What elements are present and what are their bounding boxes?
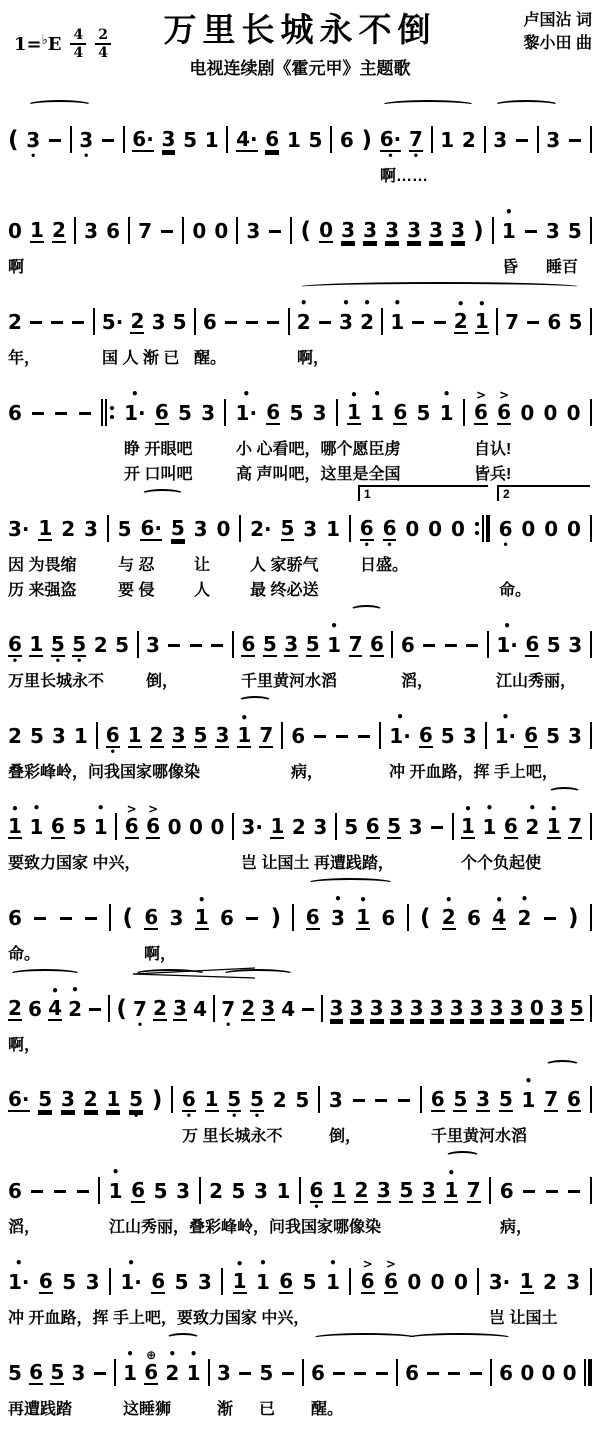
note: 5	[568, 206, 582, 252]
lyric-text: 皆兵!	[474, 461, 511, 484]
note: 6·	[140, 505, 162, 550]
barline	[318, 1073, 320, 1121]
note: >6	[146, 803, 160, 848]
note: 2	[8, 711, 22, 757]
lyrics-row: 命。啊，	[8, 939, 592, 964]
note: 5	[154, 1166, 168, 1212]
note: 2·	[250, 504, 272, 550]
music-system-6: 6•15•5•2536535•1766•1·653万里长城永不倒，千里黄河水滔滔…	[8, 601, 592, 691]
note: •2	[525, 802, 539, 848]
note: 6·•	[380, 116, 402, 161]
note: 4	[281, 984, 295, 1030]
note: 5•	[72, 621, 86, 666]
lyric-text: 再遭践踏	[8, 1396, 72, 1419]
lyric-text: 因 为畏缩	[8, 552, 76, 575]
note: •2	[297, 297, 311, 343]
note: 5•	[51, 621, 65, 666]
lyrics-row: 睁 开眼吧小 心看吧，哪个愿臣虏自认!	[8, 434, 592, 459]
duration-dash	[332, 1348, 346, 1394]
note: 1	[332, 1167, 346, 1212]
repeat-start-barline	[101, 386, 115, 434]
note: 3	[246, 206, 260, 252]
slur-arc	[545, 1060, 580, 1070]
note: 5•	[227, 1076, 241, 1121]
note: 6•	[310, 1167, 324, 1212]
lyrics-row: 啊……	[8, 161, 592, 186]
note: 6	[340, 115, 354, 161]
note: 7•	[133, 984, 147, 1030]
lyric-text: 岂 让国土	[489, 1305, 557, 1328]
duration-dash	[48, 115, 62, 161]
note: •2	[165, 1348, 179, 1394]
note: 6	[265, 116, 279, 161]
octave-dot-above: •	[97, 802, 105, 815]
note: 3	[52, 711, 66, 757]
barline	[330, 113, 332, 161]
barline	[590, 204, 592, 252]
lyric-text: 叠彩峰岭，问我国家哪像染	[8, 759, 200, 782]
octave-dot-above: •	[503, 620, 511, 633]
barline	[336, 386, 338, 434]
note: •1	[347, 389, 361, 434]
barline	[590, 982, 592, 1030]
barline	[199, 1164, 201, 1212]
note: 6•	[499, 504, 513, 550]
note: 3	[313, 388, 327, 434]
note: 6	[131, 1167, 145, 1212]
lyric-text: 啊	[8, 254, 24, 277]
barline	[590, 1073, 592, 1121]
duration-dash	[54, 388, 68, 434]
rest-note: 0	[407, 1257, 421, 1303]
note: 3•	[26, 115, 40, 161]
note-row: •1•165•1>6>60003·1235653•1•16•2•17	[8, 800, 592, 848]
note-row: 25316•12353•176•1·653•1·653	[8, 709, 592, 757]
octave-dot-below: •	[365, 541, 369, 550]
note: 5	[289, 388, 303, 434]
barline	[239, 502, 241, 550]
note: 6	[504, 803, 518, 848]
note-row: 6(63•16)6•3•16(•26•4•2)	[8, 891, 592, 939]
note: 5•	[250, 1076, 264, 1121]
barline	[208, 1346, 210, 1394]
octave-dot-above: •	[242, 388, 250, 401]
barline	[96, 709, 98, 757]
rest-note: 0	[214, 206, 228, 252]
duration-dash	[301, 984, 315, 1030]
note: 6	[405, 1348, 419, 1394]
note: 3	[198, 1257, 212, 1303]
note: 3	[71, 1348, 85, 1394]
lyric-text: 睡百	[546, 254, 578, 277]
note: 6	[151, 1258, 165, 1303]
lyric-text: 江山秀丽，叠彩峰岭，问我国家哪像染	[109, 1214, 381, 1237]
barline	[381, 295, 383, 343]
duration-dash	[31, 388, 45, 434]
barline	[335, 800, 337, 848]
note: 2	[94, 620, 108, 666]
octave-dot-above: •	[393, 297, 401, 310]
note: 7	[349, 621, 363, 666]
duration-dash	[281, 1348, 295, 1394]
octave-dot-below: •	[77, 657, 81, 666]
note: •1	[237, 712, 251, 757]
lyric-text: 醒。	[311, 1396, 343, 1419]
octave-dot-above: •	[15, 1257, 23, 1270]
duration-dash	[101, 115, 115, 161]
note: 6	[366, 803, 380, 848]
note: 3	[546, 115, 560, 161]
note: 3	[329, 1075, 343, 1121]
note: 3	[510, 985, 524, 1030]
note: 2	[150, 712, 164, 757]
duration-dash	[397, 1075, 411, 1121]
lyrics-row: 开 口叫吧高 声叫吧，这里是全国皆兵!	[8, 459, 592, 484]
note: 5	[194, 712, 208, 757]
duration-dash	[50, 297, 64, 343]
lyric-text: 小 心看吧，哪个愿臣虏	[236, 436, 400, 459]
note: 1	[128, 712, 142, 757]
note: 3	[422, 1167, 436, 1212]
lyric-text: 冲 开血路，挥 手上吧，	[389, 759, 558, 782]
note: 5	[259, 1348, 273, 1394]
barline	[396, 1346, 398, 1394]
repeat-dots	[475, 522, 479, 535]
barline	[74, 204, 76, 252]
lyrics-row: 冲 开血路，挥 手上吧，要致力国家 中兴，岂 让国土	[8, 1303, 592, 1328]
lyrics-row: 叠彩峰岭，问我国家哪像染病，冲 开血路，挥 手上吧，	[8, 757, 592, 782]
note: •1·	[8, 1257, 30, 1303]
score-header: 1=♭E 4 4 2 4 万里长城永不倒 电视连续剧《霍元甲》主题歌 卢国沾 词…	[8, 4, 592, 96]
note: •1	[8, 803, 22, 848]
note: 6	[381, 893, 395, 939]
note: 6	[203, 297, 217, 343]
barline	[123, 113, 125, 161]
barline	[590, 800, 592, 848]
note: 1	[440, 115, 454, 161]
barline	[391, 618, 393, 666]
note: 3	[363, 207, 377, 252]
note: 1	[30, 207, 44, 252]
note: 5	[309, 115, 323, 161]
music-system-7: 25316•12353•176•1·653•1·653叠彩峰岭，问我国家哪像染病…	[8, 692, 592, 782]
duration-dash	[568, 115, 582, 161]
lyric-text: 最 终必送	[250, 577, 318, 600]
octave-dot-above: •	[396, 711, 404, 724]
note: 6•	[383, 505, 397, 550]
note: 2	[241, 985, 255, 1030]
song-subtitle: 电视连续剧《霍元甲》主题歌	[190, 54, 411, 79]
note-row: 25·2356•2•3•2•1•2•1765	[8, 295, 592, 343]
duration-dash	[245, 893, 259, 939]
barline	[221, 1255, 223, 1303]
note: 3	[254, 1166, 268, 1212]
note: •1	[502, 206, 516, 252]
note: >6	[384, 1258, 398, 1303]
music-system-12: 6•165325316•12353•176滔，江山秀丽，叠彩峰岭，问我国家哪像染…	[8, 1147, 592, 1237]
lyrics-row: 滔，江山秀丽，叠彩峰岭，问我国家哪像染病，	[8, 1212, 592, 1237]
lyric-text: 历 来强盗	[8, 577, 76, 600]
lyrics-row: 啊，	[8, 1030, 592, 1055]
note: 5	[416, 388, 430, 434]
note: •1	[256, 1257, 270, 1303]
octave-dot-above: •	[169, 1348, 177, 1361]
duration-dash	[210, 620, 224, 666]
note: •1	[440, 388, 454, 434]
note: 1	[287, 115, 301, 161]
rest-note: 0	[210, 802, 224, 848]
lyric-text: 人	[194, 577, 210, 600]
duration-dash	[447, 1348, 461, 1394]
note: 6	[499, 1348, 513, 1394]
note: •1·	[495, 711, 517, 757]
lyric-text: 倒，	[146, 668, 178, 691]
note: •1·	[496, 620, 518, 666]
slur-arc	[548, 787, 581, 797]
note: 2	[130, 298, 144, 343]
lyric-text: 滔，	[8, 1214, 40, 1237]
note: >6	[361, 1258, 375, 1303]
note: 3	[430, 985, 444, 1030]
slur-arc	[141, 489, 184, 499]
note: •1	[547, 803, 561, 848]
note: ⊕6	[144, 1349, 158, 1394]
note: 6	[291, 711, 305, 757]
barline	[590, 295, 592, 343]
note: 5	[306, 621, 320, 666]
lyric-text: 这睡狮	[123, 1396, 171, 1419]
duration-dash	[245, 297, 259, 343]
note: 5	[30, 711, 44, 757]
note: •1	[123, 1348, 137, 1394]
lyric-text: 万里长城永不	[8, 668, 104, 691]
octave-dot-above: •	[528, 802, 536, 815]
note-row: 6•165325316•12353•176	[8, 1164, 592, 1212]
duration-dash	[426, 1348, 440, 1394]
duration-dash	[318, 297, 332, 343]
note: 3	[566, 1257, 580, 1303]
slur-arc	[166, 1333, 200, 1343]
note: •1·	[120, 1257, 142, 1303]
barline	[489, 1164, 491, 1212]
duration-dash	[189, 620, 203, 666]
lyric-text: 醒。	[194, 345, 226, 368]
note: 2	[273, 1075, 287, 1121]
phrase-paren: )	[362, 115, 373, 161]
lyrics-row: 万 里长城永不倒，千里黄河水滔	[8, 1121, 592, 1146]
note: •1	[444, 1167, 458, 1212]
note: •2	[442, 894, 456, 939]
note: 3	[568, 711, 582, 757]
barline	[226, 113, 228, 161]
note: •1	[522, 1075, 536, 1121]
note: 5	[547, 620, 561, 666]
note: 3·	[489, 1257, 511, 1303]
barline	[288, 295, 290, 343]
octave-dot-above: •	[502, 711, 510, 724]
note: 3	[470, 985, 484, 1030]
note: •2	[454, 298, 468, 343]
rest-note: 0	[567, 388, 581, 434]
lyric-text: 让	[194, 552, 210, 575]
barline	[107, 502, 109, 550]
duration-dash	[238, 1348, 252, 1394]
octave-dot-above: •	[71, 984, 79, 997]
phrase-paren: (	[122, 893, 133, 939]
lyric-text: 昏	[502, 254, 518, 277]
note: •2	[360, 297, 374, 343]
duration-dash	[543, 893, 557, 939]
barline	[590, 618, 592, 666]
rest-note: 0	[192, 206, 206, 252]
music-system-4: 6•1·653•1·653•1•165•1>6>6000睁 开眼吧小 心看吧，哪…	[8, 369, 592, 484]
rest-note: 0	[541, 1348, 555, 1394]
note: •1	[29, 802, 43, 848]
note: •1·	[124, 388, 146, 434]
lyrics-row: 要致力国家 中兴，岂 让国土 再遭践踏，个个负起使	[8, 848, 592, 873]
note: 1	[205, 1076, 219, 1121]
note: 5	[232, 1166, 246, 1212]
note: 6	[51, 803, 65, 848]
phrase-paren: (	[116, 984, 127, 1030]
note: 3	[476, 1076, 490, 1121]
barline	[109, 891, 111, 939]
repeat-end-barline	[474, 502, 490, 550]
note-row: 26•4•2(7•2347•2343333333333035	[8, 982, 592, 1030]
crescendo-hairpin	[133, 967, 255, 979]
barline	[420, 1073, 422, 1121]
credits: 卢国沾 词 黎小田 曲	[524, 9, 592, 55]
lyric-text: 个个负起使	[461, 850, 541, 873]
note: 7	[259, 712, 273, 757]
slur-arc	[445, 1151, 480, 1161]
note: 2	[354, 1167, 368, 1212]
rest-note: 0	[567, 504, 581, 550]
note: 5	[8, 1348, 22, 1394]
rest-note: 0	[520, 1348, 534, 1394]
note: 5	[303, 1257, 317, 1303]
note: 5	[50, 1349, 64, 1394]
lyric-text: 要致力国家 中兴，	[8, 850, 140, 873]
note: 2	[543, 1257, 557, 1303]
note: •1	[326, 1257, 340, 1303]
note: 5·	[102, 297, 124, 343]
note: 3	[162, 116, 176, 161]
duration-dash	[59, 893, 73, 939]
note: 4	[193, 984, 207, 1030]
music-system-8: •1•165•1>6>60003·1235653•1•16•2•17要致力国家 …	[8, 783, 592, 873]
barline	[109, 1255, 111, 1303]
note: 5	[263, 621, 277, 666]
note: 3	[390, 985, 404, 1030]
note: 6	[241, 621, 255, 666]
note: 6	[547, 297, 561, 343]
note: 5	[281, 505, 295, 550]
octave-dot-below: •	[387, 541, 391, 550]
note: •1·	[389, 711, 411, 757]
note: 3	[194, 504, 208, 550]
note: 3	[201, 388, 215, 434]
barline	[590, 1164, 592, 1212]
barline	[477, 1255, 479, 1303]
note: 6	[39, 1258, 53, 1303]
barline	[281, 709, 283, 757]
note-row: (3•3•6·3514·6156)6·•7•1233	[8, 113, 592, 161]
song-title: 万里长城永不倒	[164, 4, 437, 51]
note: 3	[568, 620, 582, 666]
octave-dot-above: •	[300, 297, 308, 310]
note: 3	[313, 802, 327, 848]
octave-dot-above: •	[334, 893, 342, 906]
barline	[302, 1346, 304, 1394]
final-barline	[584, 1346, 592, 1394]
note: 2	[8, 297, 22, 343]
barline	[590, 113, 592, 161]
music-system-3: 25·2356•2•3•2•1•2•1765年，国 人 渐 已醒。啊，	[8, 278, 592, 368]
barline	[290, 204, 292, 252]
note: 1	[270, 803, 284, 848]
note: •4	[492, 894, 506, 939]
note: 3	[176, 1166, 190, 1212]
volta-bracket-2: 2	[497, 485, 590, 501]
slur-arc	[406, 1333, 512, 1343]
duration-dash	[352, 1075, 366, 1121]
duration-dash	[444, 620, 458, 666]
note: 1	[276, 1166, 290, 1212]
lyrics-row: 历 来强盗要 侵人最 终必送命。	[8, 575, 592, 600]
note: 7	[568, 803, 582, 848]
note: 1	[29, 621, 43, 666]
barline	[194, 295, 196, 343]
rest-note: 0	[563, 1348, 577, 1394]
composer-credit: 黎小田 曲	[524, 32, 592, 55]
lyric-text: 高 声叫吧，这里是全国	[236, 461, 400, 484]
note: 7	[544, 1076, 558, 1121]
barline	[492, 204, 494, 252]
note-row: 6·53215•)6•15•5•2536535•176	[8, 1073, 592, 1121]
duration-dash	[374, 1075, 388, 1121]
note: 1	[38, 505, 52, 550]
note: 5	[568, 297, 582, 343]
note: 3	[385, 207, 399, 252]
note: 7•	[409, 116, 423, 161]
note: •1	[475, 298, 489, 343]
rest-note: 0	[454, 1257, 468, 1303]
note: 6	[431, 1076, 445, 1121]
note: 5	[453, 1076, 467, 1121]
octave-dot-above: •	[131, 388, 139, 401]
note: 3	[463, 711, 477, 757]
duration-dash	[469, 1348, 483, 1394]
note: 5	[441, 711, 455, 757]
note: 3	[550, 985, 564, 1030]
note: 6	[419, 712, 433, 757]
note: 3•	[79, 115, 93, 161]
note: 6	[28, 984, 42, 1030]
barline	[321, 982, 323, 1030]
note: 5	[171, 505, 185, 550]
barline	[431, 113, 433, 161]
note: •1	[390, 297, 404, 343]
octave-dot-above: •	[127, 1257, 135, 1270]
note: 6•	[106, 712, 120, 757]
rest-note: 0	[543, 388, 557, 434]
barline	[490, 1346, 492, 1394]
lyrics-row: 万里长城永不倒，千里黄河水滔滔，江山秀丽，	[8, 666, 592, 691]
slur-arc	[27, 100, 92, 110]
octave-dot-below: •	[503, 541, 507, 550]
barline	[137, 618, 139, 666]
